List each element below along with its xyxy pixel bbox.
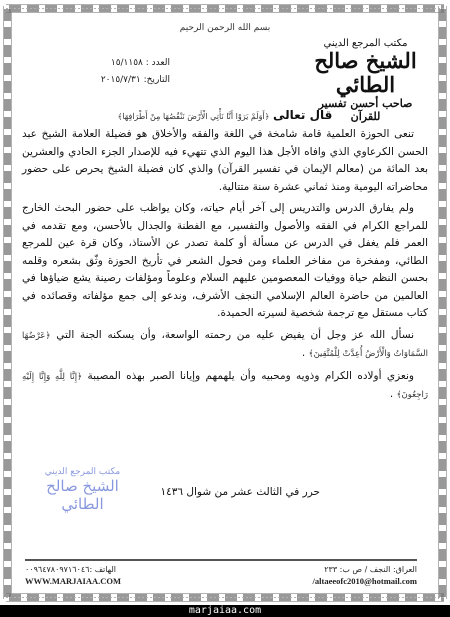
footer-address: العراق: النجف / ص ب: ٢٣٣ xyxy=(324,565,417,574)
footer-email[interactable]: /altaeeofc2010@hotmail.com xyxy=(313,576,417,586)
letter-date-value: ٢٠١٥/٧/٣١ xyxy=(101,75,141,85)
quran-heading: قال تعالى ﴿أَوَلَمْ يَرَوْا أَنَّا نَأْت… xyxy=(0,108,450,122)
letter-body: تنعى الحوزة العلمية قامة شامخة في اللغة … xyxy=(22,126,428,409)
office-stamp: مكتب المرجع الديني الشيخ صالح الطائي xyxy=(40,467,125,513)
paragraph-4: ونعزي أولاده الكرام وذويه ومحبيه وأن يله… xyxy=(22,368,428,405)
decorative-border-top xyxy=(6,4,444,13)
basmala: بسم الله الرحمن الرحيم xyxy=(0,23,450,33)
letter-meta: العدد : ١٥/١١٥٨ التاريخ: ٢٠١٥/٧/٣١ xyxy=(50,58,170,92)
letter-number-value: ١٥/١١٥٨ xyxy=(111,58,143,68)
letter-number-label: العدد : xyxy=(146,58,170,68)
letter-number: العدد : ١٥/١١٥٨ xyxy=(50,58,170,68)
footer-row-1: العراق: النجف / ص ب: ٢٣٣ الهاتف :٠٠٩٦٤٧٨… xyxy=(25,563,417,575)
decorative-border-right xyxy=(438,6,447,599)
footer-website[interactable]: WWW.MARJAIAA.COM xyxy=(25,576,121,586)
stamp-line-2: الشيخ صالح الطائي xyxy=(40,477,125,513)
paragraph-4-text: ونعزي أولاده الكرام وذويه ومحبيه وأن يله… xyxy=(87,370,414,382)
closing-date: حرر في الثالث عشر من شوال ١٤٣٦ xyxy=(160,486,320,498)
heading-qal: قال تعالى xyxy=(273,108,332,122)
heading-verse: ﴿أَوَلَمْ يَرَوْا أَنَّا نَأْتِي الْأَرْ… xyxy=(118,112,270,121)
paragraph-1: تنعى الحوزة العلمية قامة شامخة في اللغة … xyxy=(22,126,428,196)
decorative-border-left xyxy=(3,6,12,599)
watermark-bar: marjaiaa.com xyxy=(0,605,450,617)
footer-phone: الهاتف :٠٠٩٦٤٧٨٠٩٧١٦٠٤٦ xyxy=(25,565,116,574)
footer-divider xyxy=(25,559,417,561)
paragraph-3: نسأل الله عز وجل أن يفيض عليه من رحمته ا… xyxy=(22,327,428,364)
paragraph-3-text: نسأل الله عز وجل أن يفيض عليه من رحمته ا… xyxy=(56,329,414,341)
watermark-text: marjaiaa.com xyxy=(189,605,261,616)
letter-date-label: التاريخ: xyxy=(144,75,170,85)
paragraph-4-period: . xyxy=(390,388,393,400)
letter-footer: العراق: النجف / ص ب: ٢٣٣ الهاتف :٠٠٩٦٤٧٨… xyxy=(25,563,417,587)
paragraph-3-period: . xyxy=(302,347,305,359)
letter-page: بسم الله الرحمن الرحيم مكتب المرجع الدين… xyxy=(0,0,450,605)
stamp-line-1: مكتب المرجع الديني xyxy=(40,467,125,477)
letter-date: التاريخ: ٢٠١٥/٧/٣١ xyxy=(50,75,170,85)
footer-row-2: WWW.MARJAIAA.COM /altaeeofc2010@hotmail.… xyxy=(25,575,417,587)
decorative-border-bottom xyxy=(6,593,444,602)
office-name: الشيخ صالح الطائي xyxy=(303,49,428,97)
paragraph-2: ولم يفارق الدرس والتدريس إلى آخر أيام حي… xyxy=(22,200,428,323)
